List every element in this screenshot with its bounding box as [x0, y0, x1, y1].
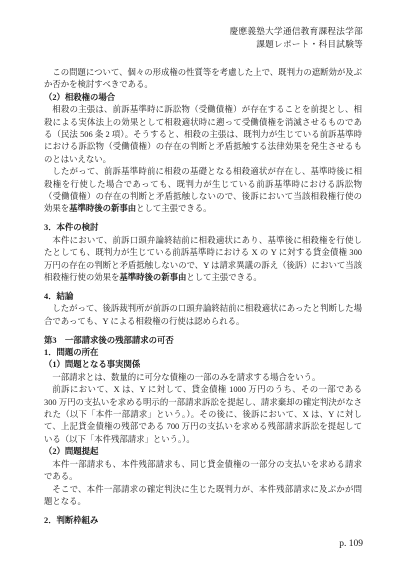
text-run: そこで、本件一部請求の確定判決に生じた既判力が、本件残部請求に及ぶかが問題となる…	[44, 485, 362, 506]
body-paragraph: 前訴において、X は、Y に対して、貸金債権 1000 万円のうち、その一部であ…	[44, 384, 362, 446]
body-paragraph: 一部請求とは、数量的に可分な債権の一部のみを請求する場合をいう。	[44, 372, 362, 384]
text-run: 前訴において、X は、Y に対して、貸金債権 1000 万円のうち、その一部であ…	[44, 385, 362, 444]
emphasis-text: （2）問題提起	[44, 447, 98, 456]
page-footer: p. 109	[339, 539, 363, 549]
section-heading: （2）問題提起	[44, 446, 362, 458]
section-heading: 第3 一部請求後の残部請求の可否	[44, 335, 362, 347]
text-run: 本件一部請求も、本件残部請求も、同じ貸金債権の一部分の支払いを求める請求である。	[44, 460, 362, 481]
body-paragraph: したがって、前訴基準時前に相殺の基礎となる相殺適状が存在し、基準時後に相殺権を行…	[44, 166, 362, 216]
emphasis-text: （2）相殺権の場合	[44, 93, 115, 102]
document-page: 慶應義塾大学通信教育課程法学部 課題レポート・科目試験等 この問題について、個々…	[0, 0, 410, 580]
text-run: として主張できる。	[186, 273, 261, 282]
emphasis-text: 基準時後の新事由	[69, 204, 136, 213]
text-run: として主張できる。	[136, 204, 211, 213]
text-run: この問題について、個々の形成権の性質等を考慮した上で、既判力の遮断効が及ぶか否か…	[44, 68, 362, 89]
section-heading: 2．判断枠組み	[44, 515, 362, 527]
body-paragraph: 相殺の主張は、前訴基準時に訴訟物（受働債権）が存在することを前提とし、相殺による…	[44, 104, 362, 166]
emphasis-text: 2．判断枠組み	[44, 516, 98, 525]
document-body: この問題について、個々の形成権の性質等を考慮した上で、既判力の遮断効が及ぶか否か…	[44, 67, 362, 527]
section-heading: 4．結論	[44, 291, 362, 303]
emphasis-text: 1．問題の所在	[44, 348, 98, 357]
emphasis-text: 3．本件の検討	[44, 223, 98, 232]
section-heading: （2）相殺権の場合	[44, 92, 362, 104]
body-paragraph: そこで、本件一部請求の確定判決に生じた既判力が、本件残部請求に及ぶかが問題となる…	[44, 484, 362, 509]
text-run: 一部請求とは、数量的に可分な債権の一部のみを請求する場合をいう。	[52, 373, 320, 382]
section-heading: 1．問題の所在	[44, 347, 362, 359]
section-heading: （1）問題となる事実関係	[44, 359, 362, 371]
emphasis-text: （1）問題となる事実関係	[44, 360, 140, 369]
text-run: 相殺の主張は、前訴基準時に訴訟物（受働債権）が存在することを前提とし、相殺による…	[44, 105, 362, 164]
header-doctype: 課題レポート・科目試験等	[230, 38, 363, 51]
section-heading: 3．本件の検討	[44, 222, 362, 234]
body-paragraph: 本件一部請求も、本件残部請求も、同じ貸金債権の一部分の支払いを求める請求である。	[44, 459, 362, 484]
emphasis-text: 基準時後の新事由	[119, 273, 186, 282]
emphasis-text: 第3 一部請求後の残部請求の可否	[44, 336, 174, 345]
emphasis-text: 4．結論	[44, 292, 73, 301]
body-paragraph: この問題について、個々の形成権の性質等を考慮した上で、既判力の遮断効が及ぶか否か…	[44, 67, 362, 92]
header-institution: 慶應義塾大学通信教育課程法学部	[230, 25, 363, 38]
page-header: 慶應義塾大学通信教育課程法学部 課題レポート・科目試験等	[230, 25, 363, 51]
body-paragraph: 本件において、前訴口頭弁論終結前に相殺適状にあり、基準後に相殺権を行使したとして…	[44, 235, 362, 285]
text-run: したがって、後訴裁判所が前訴の口頭弁論終結前に相殺適状にあったと判断した場合であ…	[44, 304, 362, 325]
page-number: p. 109	[339, 539, 363, 549]
body-paragraph: したがって、後訴裁判所が前訴の口頭弁論終結前に相殺適状にあったと判断した場合であ…	[44, 303, 362, 328]
